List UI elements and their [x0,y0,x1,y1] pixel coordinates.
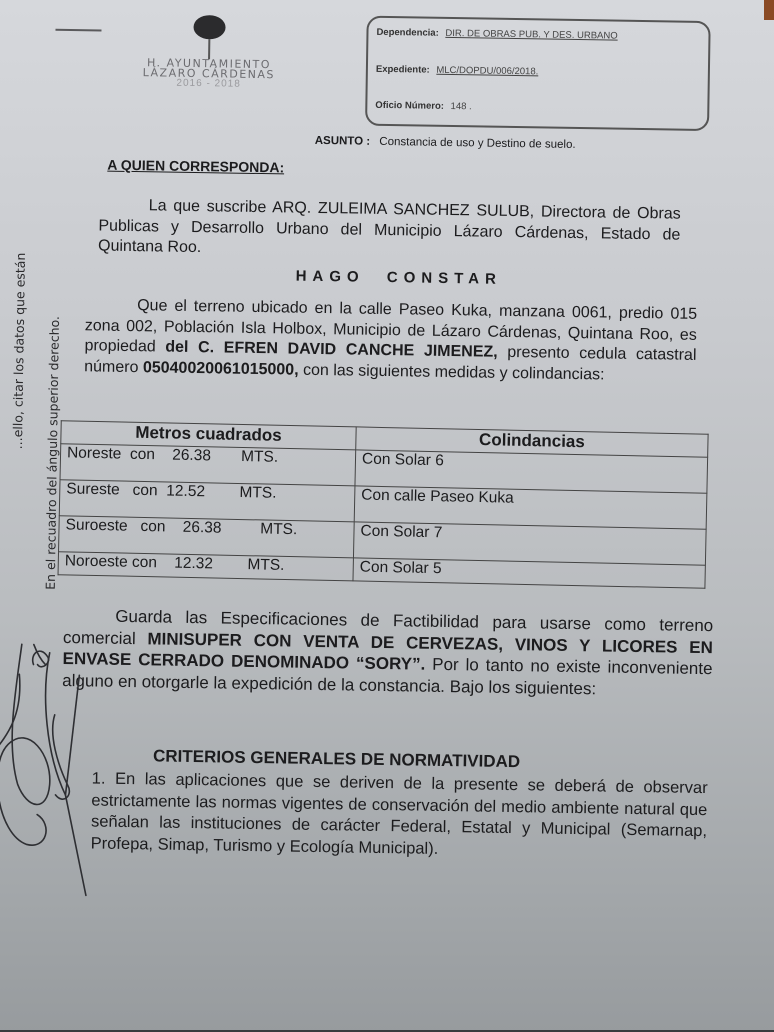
medida-cell: Noroeste con 12.32 MTS. [58,552,353,581]
oficio-value: 148 . [451,101,472,112]
handwritten-signature-icon [0,634,120,916]
expediente-row: Expediente: MLC/DOPDU/006/2018. [376,64,539,78]
oficio-row: Oficio Número: 148 . [375,100,472,113]
margin-note-1: ...ello, citar los datos que están [10,253,28,450]
municipal-emblem-icon [193,15,225,39]
municipal-letterhead: H. AYUNTAMIENTO LÁZARO CÁRDENAS 2016 - 2… [129,14,290,91]
dependencia-value: DIR. DE OBRAS PUB. Y DES. URBANO [445,28,617,42]
medida-cell: Noreste con 26.38 MTS. [60,444,356,486]
expediente-label: Expediente: [376,64,430,76]
expediente-value: MLC/DOPDU/006/2018. [436,65,538,78]
oficio-label: Oficio Número: [375,100,444,112]
medida-cell: Sureste con 12.52 MTS. [59,480,355,522]
criteria-item-1: 1. En las aplicaciones que se deriven de… [91,768,708,864]
reference-box: Dependencia: DIR. DE OBRAS PUB. Y DES. U… [365,16,711,131]
property-text-c: con las siguientes medidas y colindancia… [298,361,604,383]
intro-paragraph: La que suscribe ARQ. ZULEIMA SANCHEZ SUL… [98,195,681,266]
factibility-paragraph: Guarda las Especificaciones de Factibili… [62,605,713,701]
medida-cell: Suroeste con 26.38 MTS. [59,516,355,558]
document-page: H. AYUNTAMIENTO LÁZARO CÁRDENAS 2016 - 2… [0,0,774,1032]
dependencia-label: Dependencia: [376,27,438,39]
cedula-number: 05040020061015000, [143,359,299,378]
owner-name: del C. EFREN DAVID CANCHE JIMENEZ, [165,339,498,361]
criteria-heading: CRITERIOS GENERALES DE NORMATIVIDAD [153,746,520,772]
boundaries-table: Metros cuadrados Colindancias Noreste co… [58,420,709,589]
salutation: A QUIEN CORRESPONDA: [107,157,284,176]
subject-value: Constancia de uso y Destino de suelo. [379,136,575,151]
section-heading: HAGO CONSTAR [296,268,502,288]
header-dash-line [55,29,101,32]
dependencia-row: Dependencia: DIR. DE OBRAS PUB. Y DES. U… [376,27,617,42]
property-paragraph: Que el terreno ubicado en la calle Paseo… [84,295,697,387]
subject-line: ASUNTO : Constancia de uso y Destino de … [315,135,576,151]
subject-label: ASUNTO : [315,135,371,148]
